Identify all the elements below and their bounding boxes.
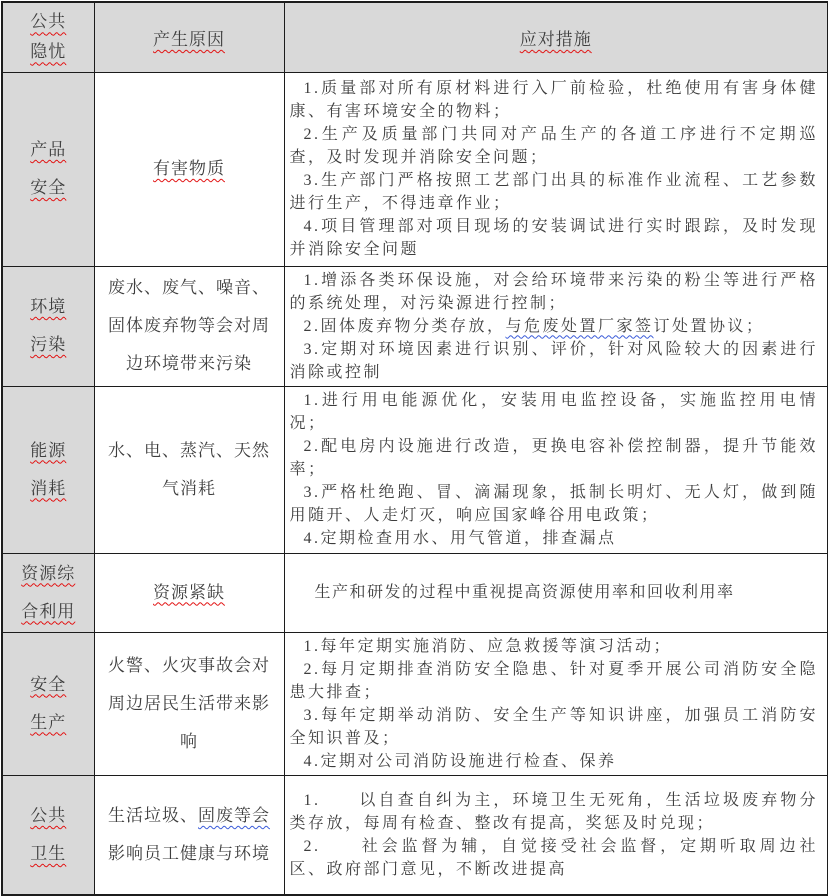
table-row-environmental-pollution: 环境 污染 废水、废气、噪音、固体废弃物等会对周边环境带来污染 1.增添各类环保…: [2, 266, 828, 386]
measure-item: 1.增添各类环保设施，对会给环境带来污染的粉尘等进行严格的系统处理，对污染源进行…: [290, 269, 819, 315]
header-measures-label: 应对措施: [520, 30, 592, 49]
measure-item: 3.定期对环境因素进行识别、评价，针对风险较大的因素进行消除或控制: [290, 338, 819, 384]
category-cell-environmental-pollution: 环境 污染: [2, 266, 94, 386]
category-cell-energy-consumption: 能源 消耗: [2, 386, 94, 553]
cause-cell-public-health: 生活垃圾、固废等会影响员工健康与环境: [94, 775, 284, 895]
measure-item: 3.每年定期举动消防、安全生产等知识讲座，加强员工消防安全知识普及；: [290, 704, 819, 750]
table-header-row: 公共 隐忧 产生原因 应对措施: [2, 2, 828, 72]
cause-text: 影响员工健康与环境: [108, 844, 270, 863]
measures-cell-production-safety: 1.每年定期实施消防、应急救援等演习活动； 2.每月定期排查消防安全隐患、针对夏…: [284, 632, 828, 775]
category-line: 公共: [4, 797, 93, 835]
measure-item: 4.项目管理部对项目现场的安装调试进行实时跟踪，及时发现并消除安全问题: [290, 215, 819, 261]
cause-cell-product-safety: 有害物质: [94, 72, 284, 266]
measure-item: 4.定期对公司消防设施进行检查、保养: [290, 750, 819, 773]
category-line: 资源综: [4, 555, 93, 593]
spellcheck-flagged-text: 有害物质: [153, 159, 225, 178]
table-row-production-safety: 安全 生产 火警、火灾事故会对周边居民生活带来影响 1.每年定期实施消防、应急救…: [2, 632, 828, 775]
grammar-flagged-text: 与危废处置厂家签: [506, 318, 654, 335]
category-line: 安全: [4, 169, 93, 207]
header-public-concern: 公共 隐忧: [2, 2, 94, 72]
measure-item: 3.生产部门严格按照工艺部门出具的标准作业流程、工艺参数进行生产，不得违章作业；: [290, 169, 819, 215]
header-cause: 产生原因: [94, 2, 284, 72]
measure-item: 2. 社会监督为辅，自觉接受社会监督，定期听取周边社区、政府部门意见，不断改进提…: [290, 835, 819, 881]
category-line: 环境: [4, 288, 93, 326]
measures-cell-resource-utilization: 生产和研发的过程中重视提高资源使用率和回收利用率: [284, 553, 828, 632]
cause-text: 生活垃圾、: [108, 806, 198, 825]
header-public-concern-line2: 隐忧: [4, 37, 93, 67]
category-cell-public-health: 公共 卫生: [2, 775, 94, 895]
spellcheck-flagged-text: 资源紧缺: [153, 583, 225, 602]
header-measures: 应对措施: [284, 2, 828, 72]
cause-text: 火警、火灾事故会对周边居民生活带来影响: [108, 656, 270, 751]
grammar-flagged-text: 固废等会: [198, 806, 270, 825]
category-line: 安全: [4, 666, 93, 704]
category-cell-resource-utilization: 资源综 合利用: [2, 553, 94, 632]
table-row-product-safety: 产品 安全 有害物质 1.质量部对所有原材料进行入厂前检验，杜绝使用有害身体健康…: [2, 72, 828, 266]
measure-text: 订处置协议；: [654, 318, 765, 335]
category-cell-product-safety: 产品 安全: [2, 72, 94, 266]
category-line: 产品: [4, 131, 93, 169]
measure-item: 1.每年定期实施消防、应急救援等演习活动；: [290, 635, 819, 658]
measure-item: 1.进行用电能源优化，安装用电监控设备，实施监控用电情况；: [290, 389, 819, 435]
table-row-energy-consumption: 能源 消耗 水、电、蒸汽、天然气消耗 1.进行用电能源优化，安装用电监控设备，实…: [2, 386, 828, 553]
measure-item: 1. 以自查自纠为主，环境卫生无死角，生活垃圾废弃物分类存放，每周有检查、整改有…: [290, 789, 819, 835]
cause-cell-production-safety: 火警、火灾事故会对周边居民生活带来影响: [94, 632, 284, 775]
header-cause-label: 产生原因: [153, 30, 225, 49]
cause-cell-resource-utilization: 资源紧缺: [94, 553, 284, 632]
document-page: 公共 隐忧 产生原因 应对措施 产品 安全 有害物质 1.质量部对所有原材料进行…: [0, 1, 828, 892]
category-line: 卫生: [4, 835, 93, 873]
measure-item: 2.固体废弃物分类存放，与危废处置厂家签订处置协议；: [290, 315, 819, 338]
measures-cell-public-health: 1. 以自查自纠为主，环境卫生无死角，生活垃圾废弃物分类存放，每周有检查、整改有…: [284, 775, 828, 895]
measure-item: 2.生产及质量部门共同对产品生产的各道工序进行不定期巡查，及时发现并消除安全问题…: [290, 123, 819, 169]
cause-text: 废水、废气、噪音、固体废弃物等会对周边环境带来污染: [108, 278, 270, 373]
category-line: 合利用: [4, 593, 93, 631]
measure-text: 2.固体废弃物分类存放，: [304, 318, 506, 335]
category-line: 消耗: [4, 470, 93, 508]
table-row-public-health: 公共 卫生 生活垃圾、固废等会影响员工健康与环境 1. 以自查自纠为主，环境卫生…: [2, 775, 828, 895]
measure-item: 3.严格杜绝跑、冒、滴漏现象，抵制长明灯、无人灯，做到随用随开、人走灯灭，响应国…: [290, 481, 819, 527]
header-public-concern-line1: 公共: [4, 7, 93, 37]
measure-item: 1.质量部对所有原材料进行入厂前检验，杜绝使用有害身体健康、有害环境安全的物料；: [290, 77, 819, 123]
measure-item: 2.每月定期排查消防安全隐患、针对夏季开展公司消防安全隐患大排查；: [290, 658, 819, 704]
measure-item: 生产和研发的过程中重视提高资源使用率和回收利用率: [290, 581, 819, 604]
category-line: 生产: [4, 704, 93, 742]
measure-item: 4.定期检查用水、用气管道，排查漏点: [290, 527, 819, 550]
cause-cell-energy-consumption: 水、电、蒸汽、天然气消耗: [94, 386, 284, 553]
table-row-resource-utilization: 资源综 合利用 资源紧缺 生产和研发的过程中重视提高资源使用率和回收利用率: [2, 553, 828, 632]
category-line: 能源: [4, 432, 93, 470]
category-line: 污染: [4, 326, 93, 364]
public-concerns-table: 公共 隐忧 产生原因 应对措施 产品 安全 有害物质 1.质量部对所有原材料进行…: [1, 1, 828, 896]
measures-cell-product-safety: 1.质量部对所有原材料进行入厂前检验，杜绝使用有害身体健康、有害环境安全的物料；…: [284, 72, 828, 266]
measures-cell-energy-consumption: 1.进行用电能源优化，安装用电监控设备，实施监控用电情况； 2.配电房内设施进行…: [284, 386, 828, 553]
cause-cell-environmental-pollution: 废水、废气、噪音、固体废弃物等会对周边环境带来污染: [94, 266, 284, 386]
category-cell-production-safety: 安全 生产: [2, 632, 94, 775]
cause-text: 水、电、蒸汽、天然气消耗: [108, 441, 270, 498]
measure-item: 2.配电房内设施进行改造，更换电容补偿控制器，提升节能效率；: [290, 435, 819, 481]
measures-cell-environmental-pollution: 1.增添各类环保设施，对会给环境带来污染的粉尘等进行严格的系统处理，对污染源进行…: [284, 266, 828, 386]
